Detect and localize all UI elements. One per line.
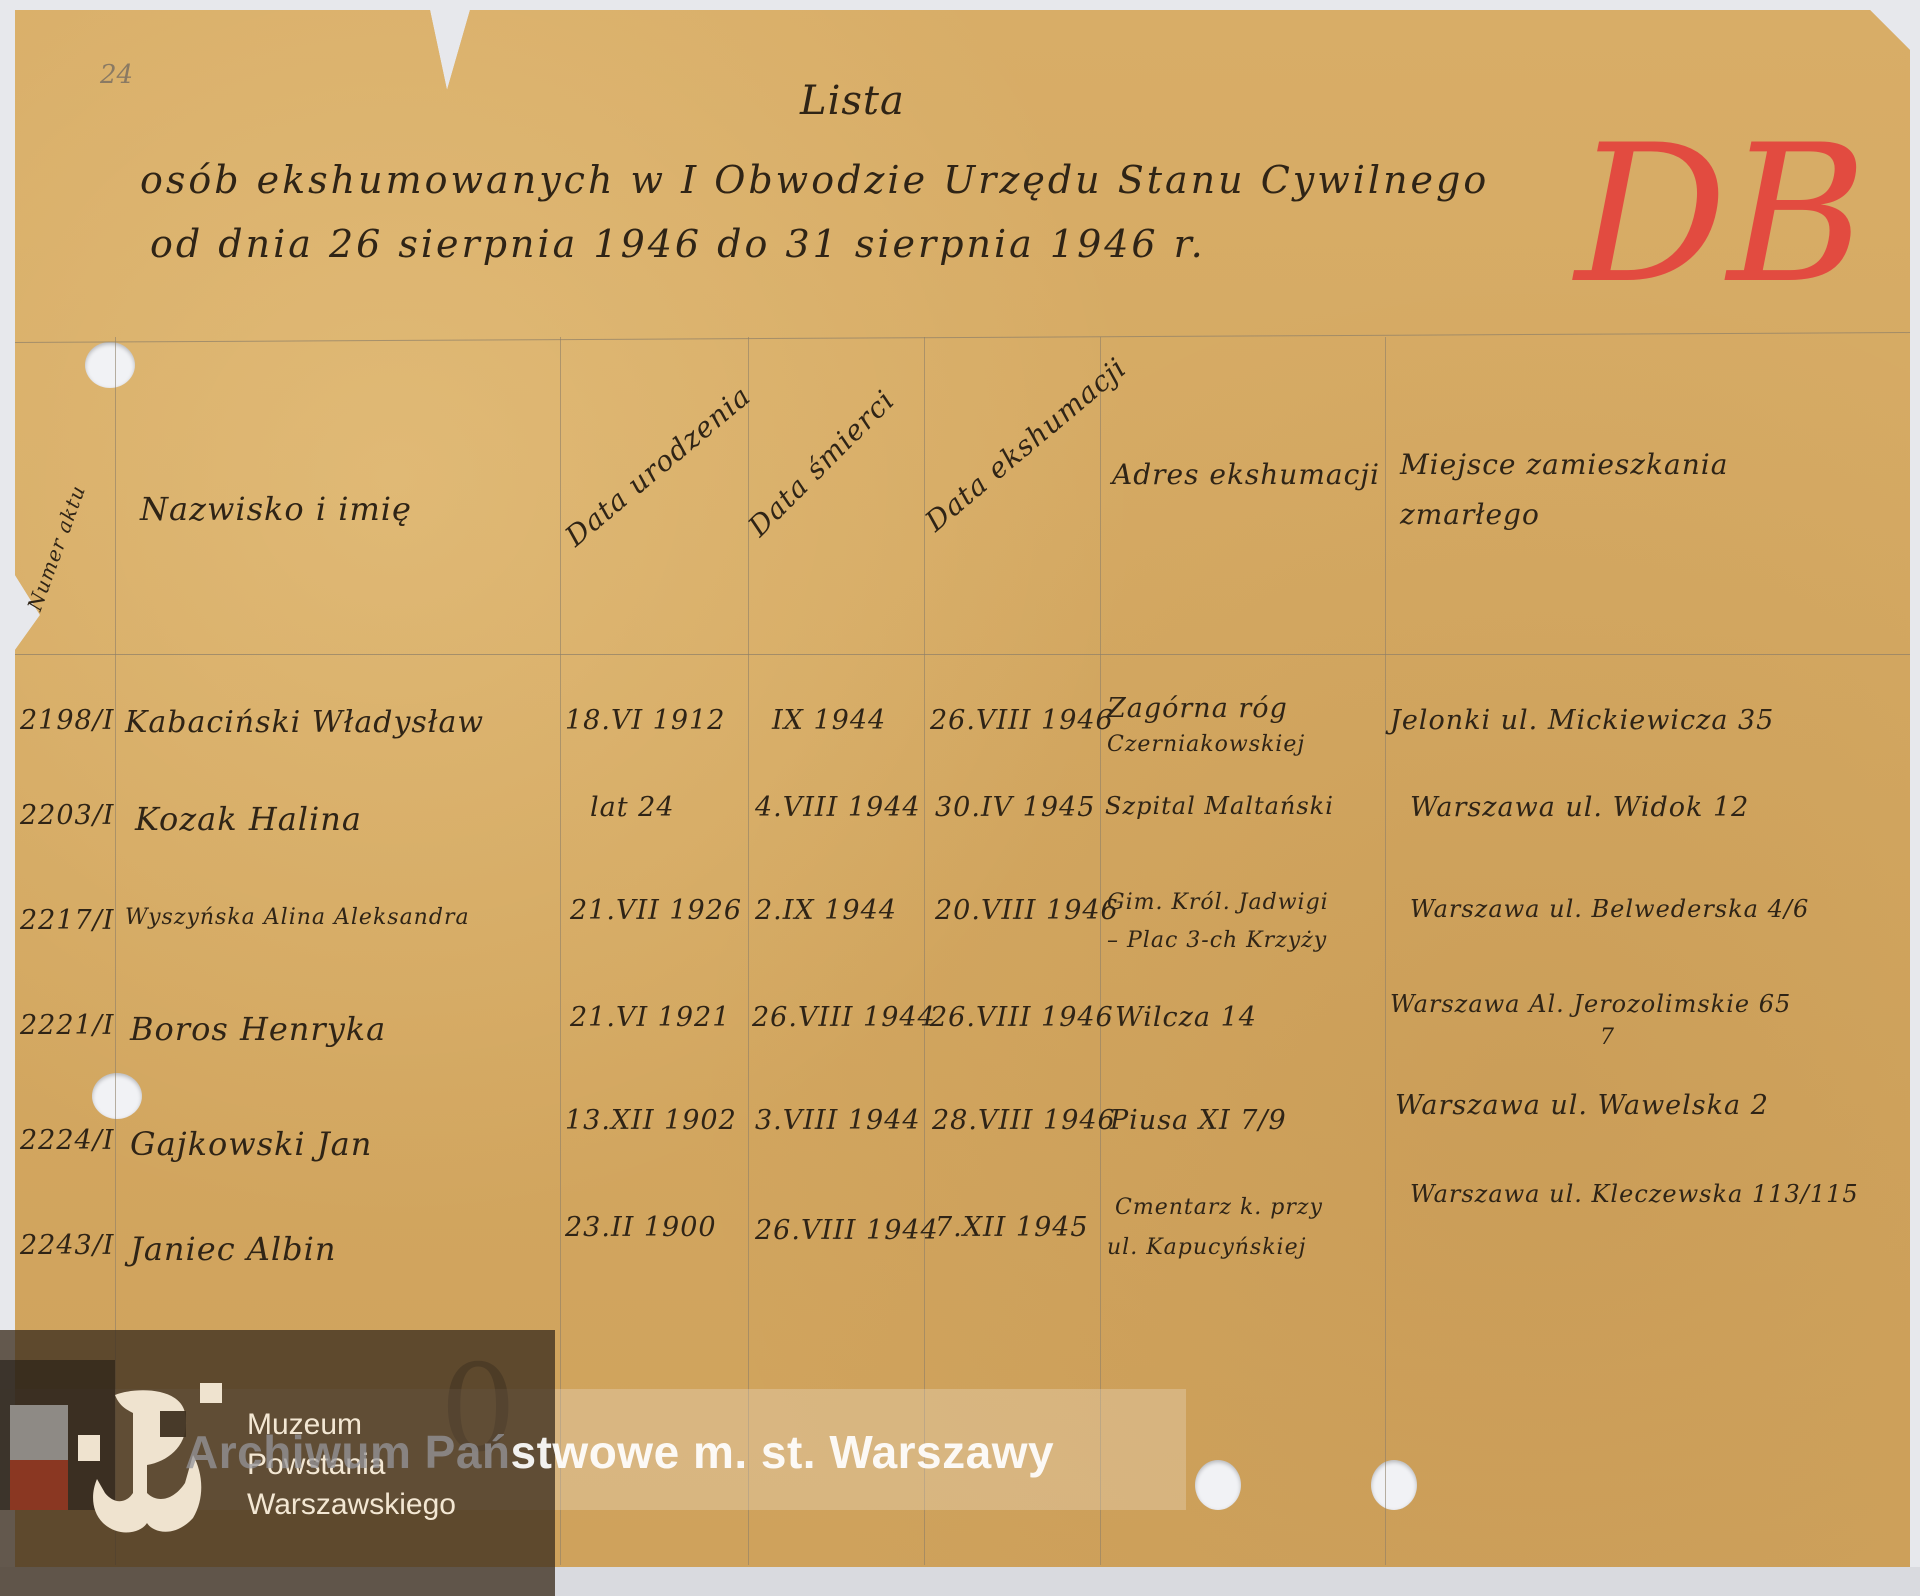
cell-act-number: 2203/I bbox=[20, 800, 114, 831]
red-annotation-mark: DB bbox=[1575, 120, 1867, 310]
document-subtitle-line2: od dnia 26 sierpnia 1946 do 31 sierpnia … bbox=[150, 222, 1206, 266]
cell-death: 26.VIII 1944 bbox=[755, 1215, 939, 1246]
cell-residence: Warszawa Al. Jerozolimskie 65 bbox=[1390, 990, 1791, 1018]
column-rule bbox=[1385, 337, 1386, 1565]
cell-name: Kabaciński Władysław bbox=[125, 705, 484, 740]
cell-act-number: 2221/I bbox=[20, 1010, 114, 1041]
cell-act-number: 2198/I bbox=[20, 705, 114, 736]
cell-birth: 21.VI 1921 bbox=[570, 1002, 730, 1033]
cell-address: Zagórna róg bbox=[1107, 693, 1288, 724]
document-title: Lista bbox=[800, 78, 905, 124]
logo-gray-square bbox=[10, 1405, 68, 1460]
cell-residence: Warszawa ul. Widok 12 bbox=[1410, 792, 1749, 823]
archive-watermark-main: stwowe m. st. Warszawy bbox=[511, 1426, 1055, 1478]
cell-exhumation: 30.IV 1945 bbox=[935, 792, 1095, 823]
cell-name: Gajkowski Jan bbox=[130, 1125, 372, 1163]
cell-name: Kozak Halina bbox=[135, 800, 362, 838]
cell-residence: Warszawa ul. Belwederska 4/6 bbox=[1410, 895, 1809, 923]
punch-hole bbox=[85, 342, 135, 388]
cell-exhumation: 26.VIII 1946 bbox=[930, 1002, 1114, 1033]
archive-watermark-faded: Archiwum Pań bbox=[185, 1426, 511, 1478]
cell-residence: Warszawa ul. Wawelska 2 bbox=[1395, 1090, 1769, 1121]
cell-address-line2: – Plac 3-ch Krzyży bbox=[1107, 928, 1327, 953]
cell-residence: Jelonki ul. Mickiewicza 35 bbox=[1390, 705, 1774, 736]
cell-death: 4.VIII 1944 bbox=[755, 792, 921, 823]
header-name: Nazwisko i imię bbox=[140, 490, 412, 528]
header-bottom-rule bbox=[15, 654, 1910, 655]
cell-death: 2.IX 1944 bbox=[755, 895, 897, 926]
cell-birth: 21.VII 1926 bbox=[570, 895, 742, 926]
cell-death: 26.VIII 1944 bbox=[752, 1002, 936, 1033]
column-rule bbox=[560, 337, 561, 1565]
punch-hole bbox=[1195, 1460, 1241, 1510]
cell-name: Wyszyńska Alina Aleksandra bbox=[125, 905, 470, 930]
punch-hole bbox=[92, 1073, 142, 1119]
archive-watermark-text: Archiwum Państwowe m. st. Warszawy bbox=[185, 1425, 1054, 1479]
cell-birth: 13.XII 1902 bbox=[565, 1105, 737, 1136]
cell-exhumation: 20.VIII 1946 bbox=[935, 895, 1119, 926]
cell-birth: 23.II 1900 bbox=[565, 1212, 717, 1243]
cell-act-number: 2217/I bbox=[20, 905, 114, 936]
cell-exhumation: 28.VIII 1946 bbox=[932, 1105, 1116, 1136]
cell-exhumation: 7.XII 1945 bbox=[935, 1212, 1089, 1243]
cell-act-number: 2243/I bbox=[20, 1230, 114, 1261]
column-rule bbox=[924, 337, 925, 1565]
cell-exhumation: 26.VIII 1946 bbox=[930, 705, 1114, 736]
cell-address: Wilcza 14 bbox=[1115, 1002, 1257, 1033]
header-exhumation-address: Adres ekshumacji bbox=[1112, 450, 1382, 500]
document-subtitle-line1: osób ekshumowanych w I Obwodzie Urzędu S… bbox=[140, 158, 1489, 202]
cell-act-number: 2224/I bbox=[20, 1125, 114, 1156]
cell-birth: lat 24 bbox=[590, 792, 675, 823]
cell-address: Cmentarz k. przy bbox=[1115, 1195, 1323, 1220]
cell-residence: Warszawa ul. Kleczewska 113/115 bbox=[1410, 1180, 1859, 1208]
cell-address-line2: ul. Kapucyńskiej bbox=[1107, 1235, 1306, 1260]
cell-death: 3.VIII 1944 bbox=[755, 1105, 921, 1136]
header-residence: Miejsce zamieszkania zmarłego bbox=[1400, 440, 1850, 541]
page-number: 24 bbox=[100, 60, 133, 90]
column-rule bbox=[1100, 337, 1101, 1565]
museum-name-line3: Warszawskiego bbox=[247, 1490, 456, 1520]
cell-name: Janiec Albin bbox=[130, 1230, 336, 1268]
cell-address: Szpital Maltański bbox=[1105, 792, 1334, 820]
cell-death: IX 1944 bbox=[772, 705, 886, 736]
cell-address: Piusa XI 7/9 bbox=[1110, 1105, 1287, 1136]
punch-hole bbox=[1371, 1460, 1417, 1510]
cell-birth: 18.VI 1912 bbox=[565, 705, 725, 736]
cell-address-line2: Czerniakowskiej bbox=[1107, 732, 1305, 757]
logo-red-square bbox=[10, 1460, 68, 1510]
cell-residence-line2: 7 bbox=[1600, 1025, 1615, 1050]
cell-name: Boros Henryka bbox=[130, 1010, 386, 1048]
cell-address: Gim. Król. Jadwigi bbox=[1107, 890, 1329, 915]
